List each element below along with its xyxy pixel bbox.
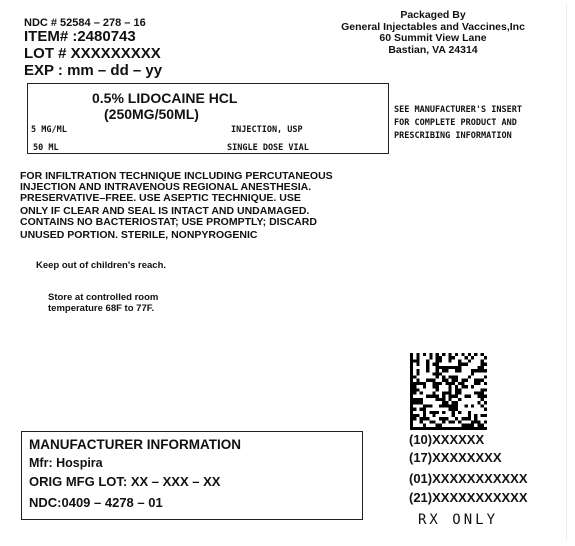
expiration-date: EXP : mm – dd – yy bbox=[24, 62, 162, 79]
insert-note-line: PRESCRIBING INFORMATION bbox=[394, 130, 574, 143]
insert-note: SEE MANUFACTURER'S INSERT FOR COMPLETE P… bbox=[394, 104, 574, 143]
indications-text: FOR INFILTRATION TECHNIQUE INCLUDING PER… bbox=[20, 171, 380, 241]
rx-only: RX ONLY bbox=[418, 512, 498, 528]
vial-type: SINGLE DOSE VIAL bbox=[227, 143, 309, 153]
ai-serial: (21)XXXXXXXXXXX bbox=[409, 490, 528, 505]
storage-instructions: Store at controlled room temperature 68F… bbox=[48, 292, 158, 314]
storage-line: Store at controlled room bbox=[48, 292, 158, 303]
volume: 50 ML bbox=[33, 143, 59, 153]
packager-street: 60 Summit View Lane bbox=[318, 33, 548, 45]
drug-label: NDC # 52584 – 278 – 16 ITEM# :2480743 LO… bbox=[0, 0, 575, 546]
manufacturer-box: MANUFACTURER INFORMATION Mfr: Hospira OR… bbox=[21, 431, 363, 520]
storage-line: temperature 68F to 77F. bbox=[48, 303, 158, 314]
manufacturer-ndc: NDC:0409 – 4278 – 01 bbox=[29, 495, 163, 510]
drug-strength: (250MG/50ML) bbox=[104, 106, 199, 122]
ai-expiry: (17)XXXXXXXX bbox=[409, 450, 502, 465]
insert-note-line: FOR COMPLETE PRODUCT AND bbox=[394, 117, 574, 130]
item-number: ITEM# :2480743 bbox=[24, 28, 136, 45]
indications-line: CONTAINS NO BACTERIOSTAT; USE PROMPTLY; … bbox=[20, 217, 380, 228]
drug-name: 0.5% LIDOCAINE HCL bbox=[92, 90, 237, 106]
manufacturer-name: Mfr: Hospira bbox=[29, 456, 103, 470]
manufacturer-title: MANUFACTURER INFORMATION bbox=[29, 437, 241, 452]
original-lot: ORIG MFG LOT: XX – XXX – XX bbox=[29, 474, 220, 489]
indications-line: PRESERVATIVE–FREE. USE ASEPTIC TECHNIQUE… bbox=[20, 193, 380, 204]
packager-city: Bastian, VA 24314 bbox=[318, 45, 548, 57]
indications-line: UNUSED PORTION. STERILE, NONPYROGENIC bbox=[20, 230, 380, 241]
product-box: 0.5% LIDOCAINE HCL (250MG/50ML) 5 MG/ML … bbox=[27, 83, 389, 154]
ai-gtin: (01)XXXXXXXXXXX bbox=[409, 471, 528, 486]
packager-heading: Packaged By bbox=[318, 10, 548, 22]
ai-lot: (10)XXXXXX bbox=[409, 432, 484, 447]
route: INJECTION, USP bbox=[231, 125, 303, 135]
datamatrix-icon bbox=[410, 353, 487, 430]
packager-info: Packaged By General Injectables and Vacc… bbox=[318, 10, 548, 56]
insert-note-line: SEE MANUFACTURER'S INSERT bbox=[394, 104, 574, 117]
label-edge bbox=[566, 4, 567, 540]
keep-out-warning: Keep out of children's reach. bbox=[36, 260, 166, 271]
concentration: 5 MG/ML bbox=[31, 125, 67, 135]
lot-number: LOT # XXXXXXXXX bbox=[24, 45, 161, 62]
